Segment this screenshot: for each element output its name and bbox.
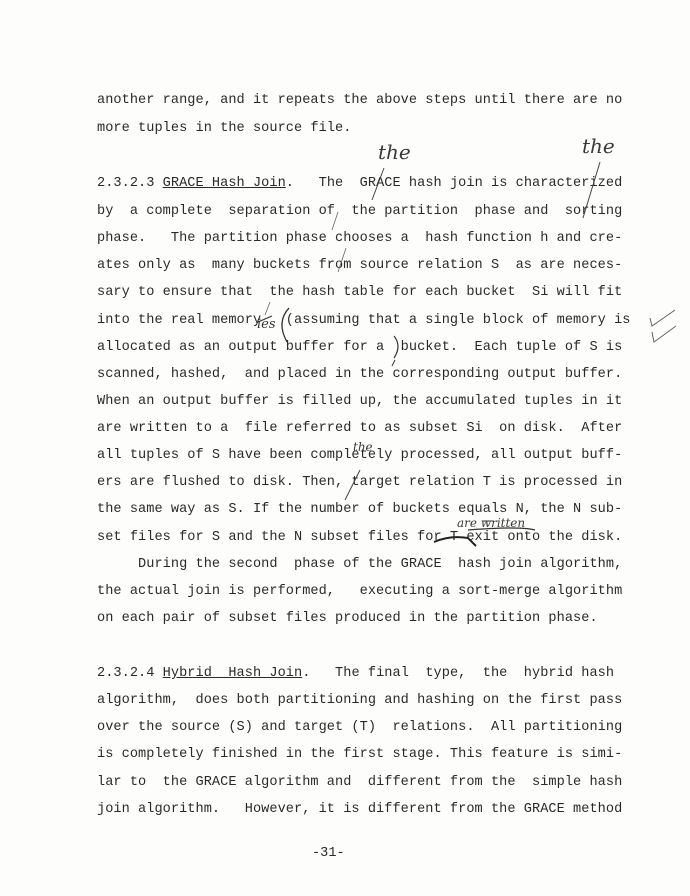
proofreading-marks: ies	[0, 0, 690, 896]
svg-text:ies: ies	[257, 317, 276, 332]
